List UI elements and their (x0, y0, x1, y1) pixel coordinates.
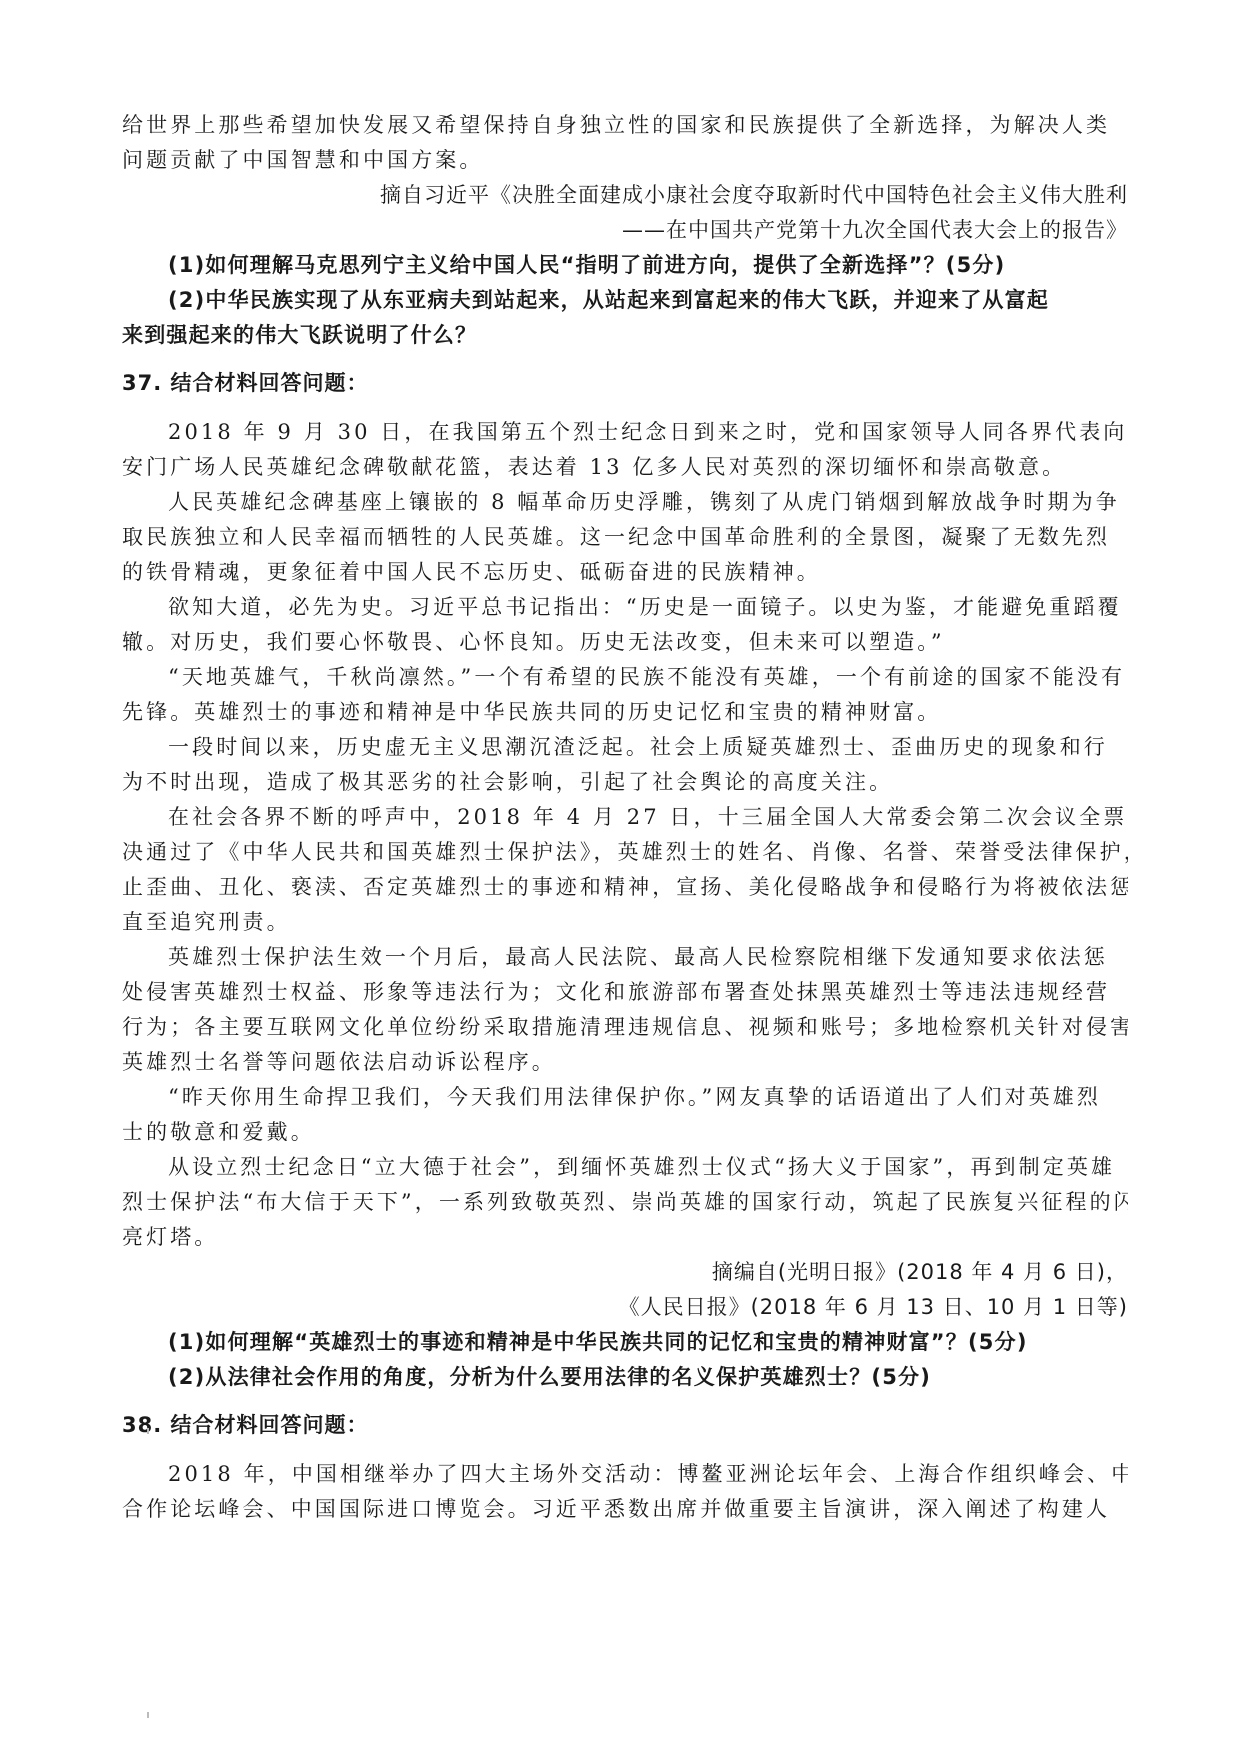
sub-question: (1)如何理解马克思列宁主义给中国人民“指明了前进方向，提供了全新选择”？(5分… (122, 248, 1128, 283)
paragraph: 英雄烈士保护法生效一个月后，最高人民法院、最高人民检察院相继下发通知要求依法惩 … (122, 940, 1128, 1080)
source-citation: 《人民日报》(2018 年 6 月 13 日、10 月 1 日等) (122, 1290, 1128, 1325)
paragraph: “天地英雄气，千秋尚凛然。”一个有希望的民族不能没有英雄，一个有前途的国家不能没… (122, 660, 1128, 730)
sub-question: (2)从法律社会作用的角度，分析为什么要用法律的名义保护英雄烈士？(5分) (122, 1360, 1128, 1395)
body-line: 英雄烈士保护法生效一个月后，最高人民法院、最高人民检察院相继下发通知要求依法惩 (122, 940, 1128, 975)
body-line: 一段时间以来，历史虚无主义思潮沉渣泛起。社会上质疑英雄烈士、歪曲历史的现象和行 (122, 730, 1128, 765)
body-line: “天地英雄气，千秋尚凛然。”一个有希望的民族不能没有英雄，一个有前途的国家不能没… (122, 660, 1128, 695)
exam-page: 给世界上那些希望加快发展又希望保持自身独立性的国家和民族提供了全新选择，为解决人… (122, 108, 1128, 1527)
body-line: 合作论坛峰会、中国国际进口博览会。习近平悉数出席并做重要主旨演讲，深入阐述了构建… (122, 1492, 1128, 1527)
scan-speck (147, 1428, 149, 1434)
body-line: 处侵害英雄烈士权益、形象等违法行为；文化和旅游部布署查处抹黑英雄烈士等违法违规经… (122, 975, 1128, 1010)
question-heading: 37. 结合材料回答问题： (122, 366, 1128, 401)
question-heading: 38. 结合材料回答问题： (122, 1408, 1128, 1443)
body-line: 辙。对历史，我们要心怀敬畏、心怀良知。历史无法改变，但未来可以塑造。” (122, 625, 1128, 660)
body-line: 先锋。英雄烈士的事迹和精神是中华民族共同的历史记忆和宝贵的精神财富。 (122, 695, 1128, 730)
body-line: 从设立烈士纪念日“立大德于社会”，到缅怀英雄烈士仪式“扬大义于国家”，再到制定英… (122, 1150, 1128, 1185)
body-line: 2018 年 9 月 30 日，在我国第五个烈士纪念日到来之时，党和国家领导人同… (122, 415, 1128, 450)
sub-question-cont: 来到强起来的伟大飞跃说明了什么？ (122, 318, 1128, 353)
sub-question: (1)如何理解“英雄烈士的事迹和精神是中华民族共同的记忆和宝贵的精神财富”？(5… (122, 1325, 1128, 1360)
paragraph: 2018 年，中国相继举办了四大主场外交活动：博鳌亚洲论坛年会、上海合作组织峰会… (122, 1457, 1128, 1527)
body-line: 在社会各界不断的呼声中，2018 年 4 月 27 日，十三届全国人大常委会第二… (122, 800, 1128, 835)
paragraph: 一段时间以来，历史虚无主义思潮沉渣泛起。社会上质疑英雄烈士、歪曲历史的现象和行 … (122, 730, 1128, 800)
body-line: 直至追究刑责。 (122, 905, 1128, 940)
source-citation: 摘编自(光明日报》(2018 年 4 月 6 日)， (122, 1255, 1128, 1290)
body-line: 欲知大道，必先为史。习近平总书记指出：“历史是一面镜子。以史为鉴，才能避免重蹈覆 (122, 590, 1128, 625)
paragraph: 人民英雄纪念碑基座上镶嵌的 8 幅革命历史浮雕，镌刻了从虎门销烟到解放战争时期为… (122, 485, 1128, 590)
body-line: 行为；各主要互联网文化单位纷纷采取措施清理违规信息、视频和账号；多地检察机关针对… (122, 1010, 1128, 1045)
paragraph: 从设立烈士纪念日“立大德于社会”，到缅怀英雄烈士仪式“扬大义于国家”，再到制定英… (122, 1150, 1128, 1255)
body-line: 给世界上那些希望加快发展又希望保持自身独立性的国家和民族提供了全新选择，为解决人… (122, 108, 1128, 143)
body-line: 英雄烈士名誉等问题依法启动诉讼程序。 (122, 1045, 1128, 1080)
question-36-tail: 给世界上那些希望加快发展又希望保持自身独立性的国家和民族提供了全新选择，为解决人… (122, 108, 1128, 353)
body-line: 亮灯塔。 (122, 1220, 1128, 1255)
paragraph: 欲知大道，必先为史。习近平总书记指出：“历史是一面镜子。以史为鉴，才能避免重蹈覆… (122, 590, 1128, 660)
question-38: 38. 结合材料回答问题： 2018 年，中国相继举办了四大主场外交活动：博鳌亚… (122, 1408, 1128, 1527)
body-line: 为不时出现，造成了极其恶劣的社会影响，引起了社会舆论的高度关注。 (122, 765, 1128, 800)
body-line: 止歪曲、丑化、亵渎、否定英雄烈士的事迹和精神，宣扬、美化侵略战争和侵略行为将被依… (122, 870, 1128, 905)
source-citation: 摘自习近平《决胜全面建成小康社会度夺取新时代中国特色社会主义伟大胜利 (122, 178, 1128, 213)
scan-speck (147, 1712, 149, 1718)
body-line: 的铁骨精魂，更象征着中国人民不忘历史、砥砺奋进的民族精神。 (122, 555, 1128, 590)
body-line: 士的敬意和爱戴。 (122, 1115, 1128, 1150)
paragraph: 在社会各界不断的呼声中，2018 年 4 月 27 日，十三届全国人大常委会第二… (122, 800, 1128, 940)
body-line: 问题贡献了中国智慧和中国方案。 (122, 143, 1128, 178)
paragraph: “昨天你用生命捍卫我们，今天我们用法律保护你。”网友真挚的话语道出了人们对英雄烈… (122, 1080, 1128, 1150)
sub-question: (2)中华民族实现了从东亚病夫到站起来，从站起来到富起来的伟大飞跃，并迎来了从富… (122, 283, 1128, 318)
body-line: 决通过了《中华人民共和国英雄烈士保护法》，英雄烈士的姓名、肖像、名誉、荣誉受法律… (122, 835, 1128, 870)
body-line: 人民英雄纪念碑基座上镶嵌的 8 幅革命历史浮雕，镌刻了从虎门销烟到解放战争时期为… (122, 485, 1128, 520)
question-37: 37. 结合材料回答问题： 2018 年 9 月 30 日，在我国第五个烈士纪念… (122, 366, 1128, 1395)
body-line: 取民族独立和人民幸福而牺牲的人民英雄。这一纪念中国革命胜利的全景图，凝聚了无数先… (122, 520, 1128, 555)
body-line: 2018 年，中国相继举办了四大主场外交活动：博鳌亚洲论坛年会、上海合作组织峰会… (122, 1457, 1128, 1492)
paragraph: 2018 年 9 月 30 日，在我国第五个烈士纪念日到来之时，党和国家领导人同… (122, 415, 1128, 485)
body-line: 安门广场人民英雄纪念碑敬献花篮，表达着 13 亿多人民对英烈的深切缅怀和崇高敬意… (122, 450, 1128, 485)
body-line: “昨天你用生命捍卫我们，今天我们用法律保护你。”网友真挚的话语道出了人们对英雄烈 (122, 1080, 1128, 1115)
body-line: 烈士保护法“布大信于天下”，一系列致敬英烈、崇尚英雄的国家行动，筑起了民族复兴征… (122, 1185, 1128, 1220)
source-citation: ——在中国共产党第十九次全国代表大会上的报告》 (122, 213, 1128, 248)
